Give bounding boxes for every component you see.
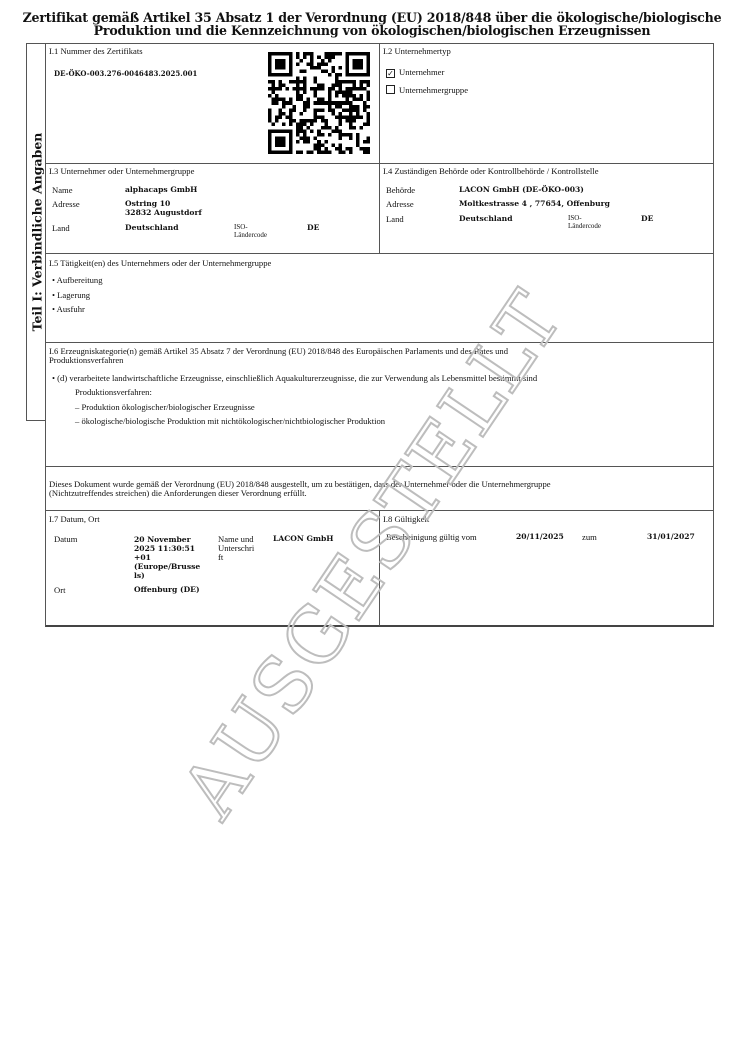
option-label: Unternehmer xyxy=(399,67,444,77)
address-label: Adresse xyxy=(386,199,414,209)
section-i2-operator-type: I.2 Unternehmertyp ✓Unternehmer Unterneh… xyxy=(379,43,714,164)
section-heading: I.8 Gültigkeit xyxy=(383,514,429,524)
valid-to-label: zum xyxy=(582,532,597,542)
activity-item: • Aufbereitung xyxy=(52,275,103,285)
option-unternehmergruppe[interactable]: Unternehmergruppe xyxy=(386,85,468,95)
production-method: – ökologische/biologische Produktion mit… xyxy=(75,416,385,426)
side-label: Teil I: Verbindliche Angaben xyxy=(30,133,45,332)
section-heading: I.5 Tätigkeit(en) des Unternehmers oder … xyxy=(49,258,271,268)
activity-item: • Ausfuhr xyxy=(52,304,85,314)
title-line-2: Produktion und die Kennzeichnung von öko… xyxy=(0,24,744,37)
operator-iso-code: DE xyxy=(307,223,319,233)
section-heading: I.1 Nummer des Zertifikats xyxy=(49,46,143,56)
address-label: Adresse xyxy=(52,199,80,209)
statement-line2: (Nichtzutreffendes streichen) die Anford… xyxy=(49,489,307,498)
place-label: Ort xyxy=(54,585,65,595)
option-label: Unternehmergruppe xyxy=(399,85,468,95)
operator-address-line2: 32832 Augustdorf xyxy=(125,208,202,217)
option-unternehmer[interactable]: ✓Unternehmer xyxy=(386,67,444,78)
section-heading: I.4 Zuständigen Behörde oder Kontrollbeh… xyxy=(383,166,599,176)
section-heading: I.2 Unternehmertyp xyxy=(383,46,451,56)
valid-from-date: 20/11/2025 xyxy=(516,532,564,542)
production-methods-label: Produktionsverfahren: xyxy=(75,387,152,397)
section-heading: I.7 Datum, Ort xyxy=(49,514,100,524)
iso-label: ISO-Ländercode xyxy=(568,214,601,230)
authority-address: Moltkestrasse 4 , 77654, Offenburg xyxy=(459,199,610,209)
valid-to-date: 31/01/2027 xyxy=(647,532,695,542)
section-heading: I.3 Unternehmer oder Unternehmergruppe xyxy=(49,166,194,176)
section-i3-operator: I.3 Unternehmer oder Unternehmergruppe N… xyxy=(45,163,380,254)
signer-name: LACON GmbH xyxy=(273,534,333,544)
authority-iso-code: DE xyxy=(641,214,653,224)
activity-item: • Lagerung xyxy=(52,290,90,300)
product-category: • (d) verarbeitete landwirtschaftliche E… xyxy=(52,373,537,383)
country-label: Land xyxy=(52,223,70,233)
section-i6-product-categories: I.6 Erzeugniskategorie(n) gemäß Artikel … xyxy=(45,342,714,467)
valid-from-label: Bescheinigung gültig vom xyxy=(386,532,477,542)
qr-code-icon xyxy=(268,52,370,154)
authority-label: Behörde xyxy=(386,185,415,195)
iso-label: ISO-Ländercode xyxy=(234,223,267,239)
section-i7-date-place: I.7 Datum, Ort Datum 20 November 2025 11… xyxy=(45,510,380,627)
checkbox-checked-icon[interactable]: ✓ xyxy=(386,69,395,78)
country-label: Land xyxy=(386,214,404,224)
issue-date: 20 November 2025 11:30:51 +01 (Europe/Br… xyxy=(134,535,200,580)
compliance-statement: Dieses Dokument wurde gemäß der Verordnu… xyxy=(45,466,714,511)
operator-address-line1: Ostring 10 xyxy=(125,199,170,208)
authority-country: Deutschland xyxy=(459,214,513,224)
name-label: Name xyxy=(52,185,73,195)
authority-name: LACON GmbH (DE-ÖKO-003) xyxy=(459,185,584,195)
operator-country: Deutschland xyxy=(125,223,179,233)
section-i4-authority: I.4 Zuständigen Behörde oder Kontrollbeh… xyxy=(379,163,714,254)
signature-label: Name und Unterschri ft xyxy=(218,535,254,562)
issue-place: Offenburg (DE) xyxy=(134,585,200,595)
section-i5-activities: I.5 Tätigkeit(en) des Unternehmers oder … xyxy=(45,253,714,343)
certificate-title: Zertifikat gemäß Artikel 35 Absatz 1 der… xyxy=(0,11,744,37)
certificate-number: DE-ÖKO-003.276-0046483.2025.001 xyxy=(54,69,197,79)
production-method: – Produktion ökologischer/biologischer E… xyxy=(75,402,255,412)
checkbox-unchecked-icon[interactable] xyxy=(386,85,395,94)
operator-name: alphacaps GmbH xyxy=(125,185,197,195)
section-i8-validity: I.8 Gültigkeit Bescheinigung gültig vom … xyxy=(379,510,714,627)
section-heading-line2: Produktionsverfahren xyxy=(49,356,123,365)
date-label: Datum xyxy=(54,534,77,544)
